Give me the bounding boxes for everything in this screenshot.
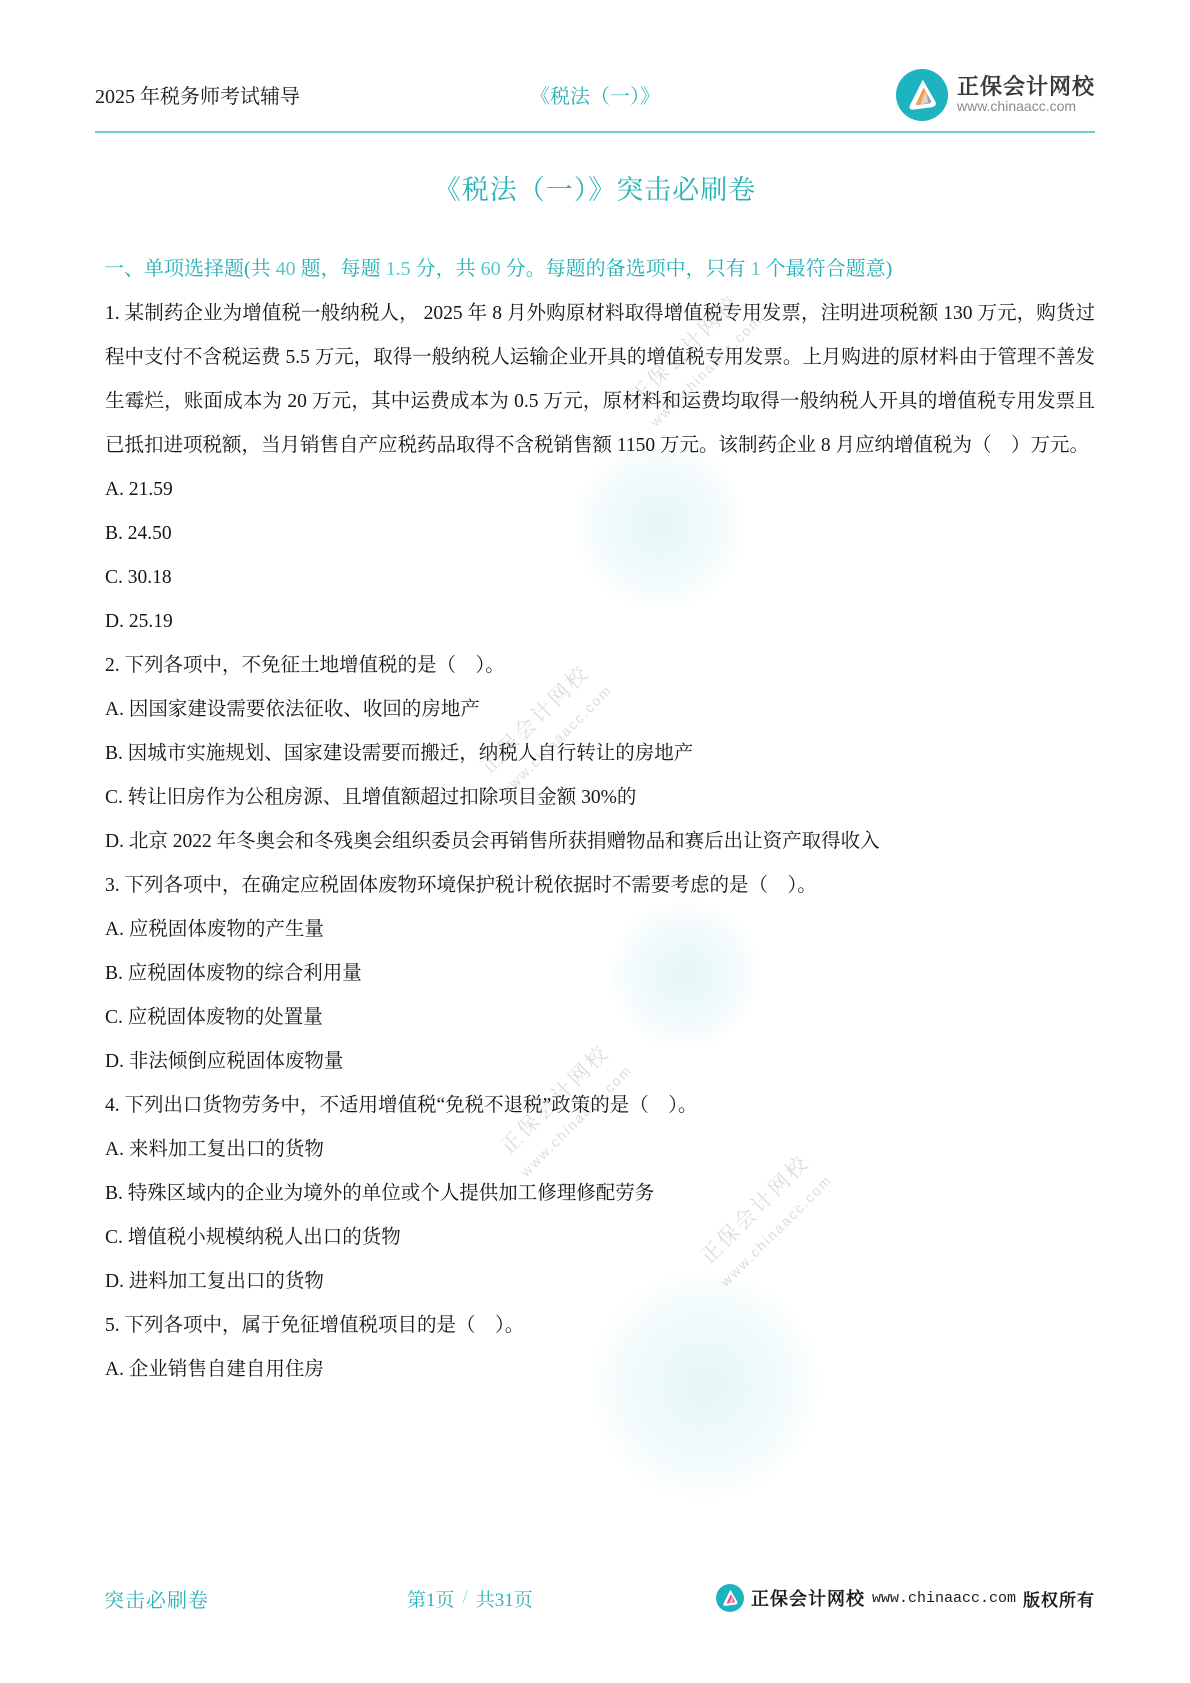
question-option: C. 应税固体废物的处置量 [105,996,1095,1040]
question-option: A. 应税固体废物的产生量 [105,908,1095,952]
section-heading-segment: 个最符合题意) [761,258,893,280]
question-stem: 3. 下列各项中，在确定应税固体废物环境保护税计税依据时不需要考虑的是（ ）。 [105,864,1095,908]
footer-doc-label: 突击必刷卷 [104,1584,209,1613]
question-stem: 5. 下列各项中，属于免征增值税项目的是（ ）。 [105,1304,1095,1348]
question-option: D. 进料加工复出口的货物 [105,1260,1095,1304]
document-page: 正保会计网校www.chinaacc.com 正保会计网校www.chinaac… [0,0,1190,1683]
section-heading-segment: 一、单项选择题(共 [104,258,276,280]
section-heading-segment: 60 [481,258,501,280]
footer-brand-url: www.chinaacc.com [872,1590,1016,1607]
brand-logo-icon [896,69,948,121]
footer-page-current: 第1页 [407,1585,455,1612]
footer-brand-name: 正保会计网校 [751,1585,865,1611]
section-heading-segment: 1 [751,258,761,280]
question-option: D. 非法倾倒应税固体废物量 [105,1040,1095,1084]
section-heading-segment: 分。每题的备选项中，只有 [501,258,751,280]
footer-brand: 正保会计网校 www.chinaacc.com 版权所有 [716,1584,1095,1612]
question-option: C. 30.18 [105,556,1095,600]
page-title: 《税法（一）》突击必刷卷 [0,168,1190,207]
question-option: B. 特殊区域内的企业为境外的单位或个人提供加工修理修配劳务 [105,1172,1095,1216]
question-option: B. 24.50 [105,512,1095,556]
question-option: A. 因国家建设需要依法征收、收回的房地产 [105,688,1095,732]
section-heading-segment: 题，每题 [296,258,386,280]
question-option: C. 增值税小规模纳税人出口的货物 [105,1216,1095,1260]
subject-label: 《税法（一）》 [530,80,660,109]
question-option: C. 转让旧房作为公租房源、且增值额超过扣除项目金额 30%的 [105,776,1095,820]
section-heading-segment: 1.5 [386,258,411,280]
question-option: D. 25.19 [105,600,1095,644]
brand-url: www.chinaacc.com [957,99,1095,114]
footer-page-separator: / [463,1587,468,1609]
questions: 1. 某制药企业为增值税一般纳税人， 2025 年 8 月外购原材料取得增值税专… [105,292,1095,1392]
question-option: B. 应税固体废物的综合利用量 [105,952,1095,996]
question-option: A. 来料加工复出口的货物 [105,1128,1095,1172]
page-header: 2025 年税务师考试辅导 《税法（一）》 正保会计网校 w [95,58,1095,133]
page-footer: 突击必刷卷 第1页 / 共31页 正保会计网校 www.chinaacc.com… [104,1578,1095,1618]
section-heading-segment: 40 [276,258,296,280]
brand-name: 正保会计网校 [957,75,1095,99]
question-stem: 2. 下列各项中，不免征土地增值税的是（ ）。 [105,644,1095,688]
section-heading: 一、单项选择题(共 40 题，每题 1.5 分，共 60 分。每题的备选项中，只… [104,255,1094,283]
footer-brand-logo-icon [716,1584,744,1612]
question-stem: 4. 下列出口货物劳务中，不适用增值税“免税不退税”政策的是（ ）。 [105,1084,1095,1128]
section-heading-segment: 分，共 [411,258,481,280]
question-option: A. 企业销售自建自用住房 [105,1348,1095,1392]
footer-copyright: 版权所有 [1023,1586,1095,1611]
question-option: D. 北京 2022 年冬奥会和冬残奥会组织委员会再销售所获捐赠物品和赛后出让资… [105,820,1095,864]
footer-page-total: 共31页 [476,1585,533,1612]
course-label: 2025 年税务师考试辅导 [95,80,530,109]
question-stem: 1. 某制药企业为增值税一般纳税人， 2025 年 8 月外购原材料取得增值税专… [105,292,1095,468]
footer-page-indicator: 第1页 / 共31页 [407,1585,533,1612]
question-option: B. 因城市实施规划、国家建设需要而搬迁，纳税人自行转让的房地产 [105,732,1095,776]
question-option: A. 21.59 [105,468,1095,512]
brand: 正保会计网校 www.chinaacc.com [896,69,1095,121]
